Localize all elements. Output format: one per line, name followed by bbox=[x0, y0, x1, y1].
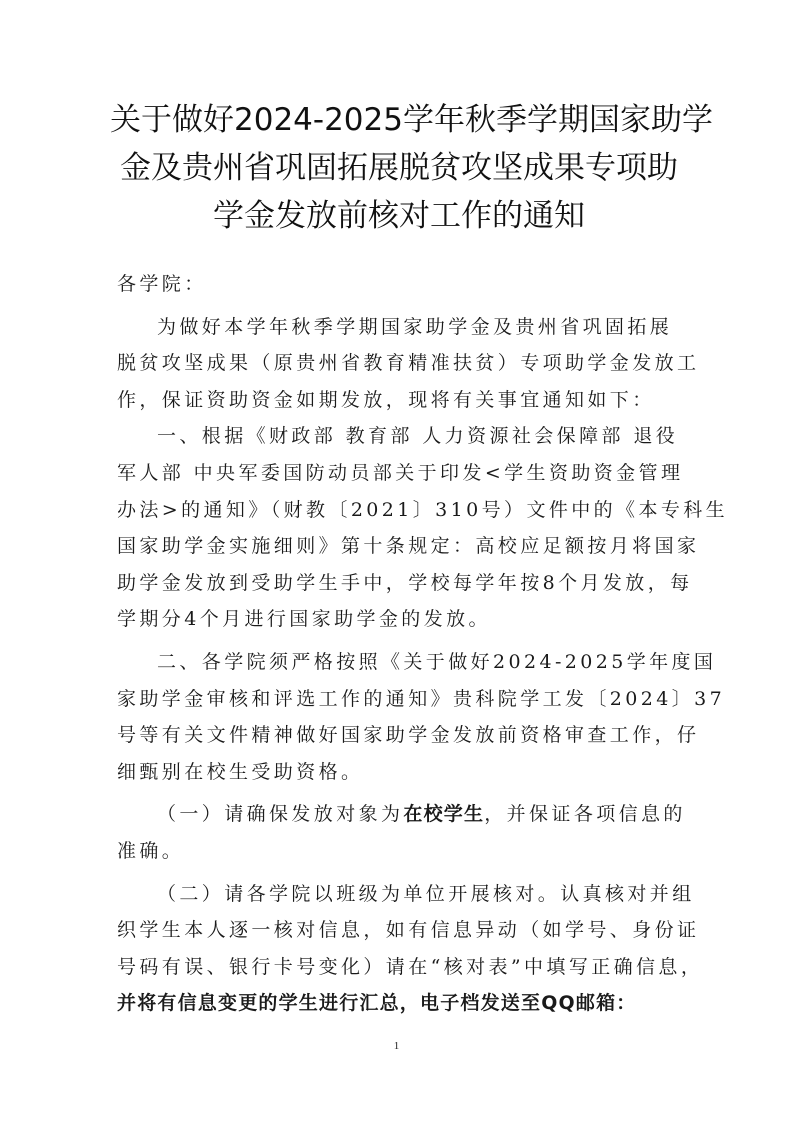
title-line: 金及贵州省巩固拓展脱贫攻坚成果专项助 bbox=[110, 144, 688, 192]
paragraph-line: 为做好本学年秋季学期国家助学金及贵州省巩固拓展 bbox=[117, 309, 683, 346]
item-1-emphasis: 在校学生 bbox=[403, 803, 484, 825]
paragraph-line: 学期分4个月进行国家助学金的发放。 bbox=[117, 601, 683, 638]
item-2-paragraph: （二）请各学院以班级为单位开展核对。认真核对并组 织学生本人逐一核对信息，如有信… bbox=[117, 876, 683, 1022]
title-line: 学金发放前核对工作的通知 bbox=[110, 192, 688, 240]
bold-instruction-line: 并将有信息变更的学生进行汇总，电子档发送至QQ邮箱： bbox=[117, 985, 683, 1022]
section-1-paragraph: 一、根据《财政部 教育部 人力资源社会保障部 退役 军人部 中央军委国防动员部关… bbox=[117, 418, 683, 638]
paragraph-line: 脱贫攻坚成果（原贵州省教育精准扶贫）专项助学金发放工 bbox=[117, 345, 683, 382]
paragraph-line: 准确。 bbox=[117, 833, 683, 870]
title-line: 关于做好2024-2025学年秋季学期国家助学 bbox=[110, 96, 688, 144]
document-page: 关于做好2024-2025学年秋季学期国家助学 金及贵州省巩固拓展脱贫攻坚成果专… bbox=[0, 0, 793, 1122]
paragraph-line: （一）请确保发放对象为在校学生，并保证各项信息的 bbox=[117, 796, 683, 833]
page-number: 1 bbox=[0, 1040, 793, 1052]
item-1-paragraph: （一）请确保发放对象为在校学生，并保证各项信息的 准确。 bbox=[117, 796, 683, 869]
paragraph-line: 号码有误、银行卡号变化）请在“核对表”中填写正确信息， bbox=[117, 949, 683, 986]
paragraph-line: 国家助学金实施细则》第十条规定：高校应足额按月将国家 bbox=[117, 528, 683, 565]
document-body: 各学院： 为做好本学年秋季学期国家助学金及贵州省巩固拓展 脱贫攻坚成果（原贵州省… bbox=[117, 266, 683, 1022]
paragraph-line: 办法>的通知》（财教〔2021〕310号）文件中的《本专科生 bbox=[117, 492, 683, 529]
section-2-paragraph: 二、各学院须严格按照《关于做好2024-2025学年度国 家助学金审核和评选工作… bbox=[117, 644, 683, 790]
item-1-prefix: （一）请确保发放对象为 bbox=[157, 803, 403, 825]
document-title: 关于做好2024-2025学年秋季学期国家助学 金及贵州省巩固拓展脱贫攻坚成果专… bbox=[110, 96, 688, 240]
paragraph-line: 一、根据《财政部 教育部 人力资源社会保障部 退役 bbox=[117, 418, 683, 455]
paragraph-line: 织学生本人逐一核对信息，如有信息异动（如学号、身份证 bbox=[117, 912, 683, 949]
paragraph-line: 细甄别在校生受助资格。 bbox=[117, 754, 683, 791]
item-1-suffix: ，并保证各项信息的 bbox=[484, 803, 686, 825]
paragraph-line: 作，保证资助资金如期发放，现将有关事宜通知如下： bbox=[117, 382, 683, 419]
paragraph-line: 助学金发放到受助学生手中，学校每学年按8个月发放，每 bbox=[117, 565, 683, 602]
intro-paragraph: 为做好本学年秋季学期国家助学金及贵州省巩固拓展 脱贫攻坚成果（原贵州省教育精准扶… bbox=[117, 309, 683, 419]
paragraph-line: 家助学金审核和评选工作的通知》贵科院学工发〔2024〕37 bbox=[117, 681, 683, 718]
paragraph-line: 二、各学院须严格按照《关于做好2024-2025学年度国 bbox=[117, 644, 683, 681]
salutation: 各学院： bbox=[117, 266, 683, 303]
salutation-text: 各学院： bbox=[117, 266, 683, 303]
paragraph-line: （二）请各学院以班级为单位开展核对。认真核对并组 bbox=[117, 876, 683, 913]
paragraph-line: 号等有关文件精神做好国家助学金发放前资格审查工作，仔 bbox=[117, 717, 683, 754]
paragraph-line: 军人部 中央军委国防动员部关于印发<学生资助资金管理 bbox=[117, 455, 683, 492]
